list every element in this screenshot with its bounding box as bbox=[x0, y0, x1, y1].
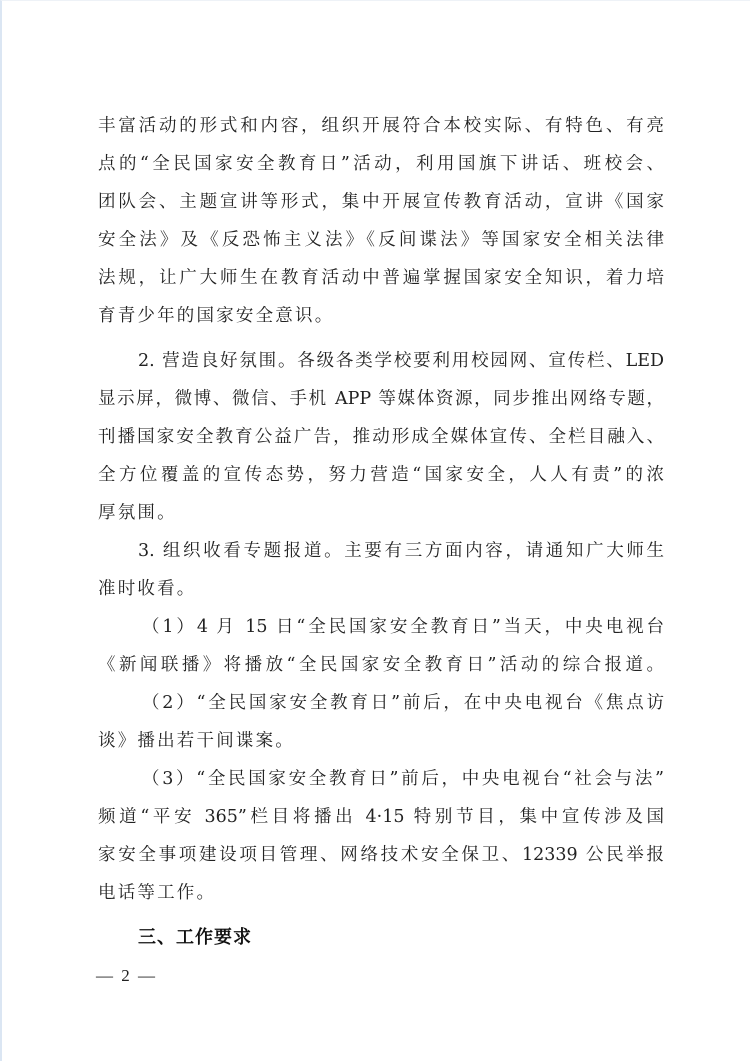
text-line: 全方位覆盖的宣传态势，努力营造“国家安全，人人有责”的浓 bbox=[98, 456, 664, 494]
document-page: 丰富活动的形式和内容，组织开展符合本校实际、有特色、有亮 点的“全民国家安全教育… bbox=[0, 0, 750, 1061]
page-number: — 2 — bbox=[96, 964, 157, 988]
paragraph-watch-reports: 3. 组织收看专题报道。主要有三方面内容，请通知广大师生 准时收看。 bbox=[98, 532, 664, 608]
text-line: （3）“全民国家安全教育日”前后，中央电视台“社会与法” bbox=[98, 760, 664, 798]
text-line: 厚氛围。 bbox=[98, 494, 664, 532]
paragraph-activity-forms: 丰富活动的形式和内容，组织开展符合本校实际、有特色、有亮 点的“全民国家安全教育… bbox=[98, 107, 664, 335]
text-line: 丰富活动的形式和内容，组织开展符合本校实际、有特色、有亮 bbox=[98, 107, 664, 145]
text-line: 团队会、主题宣讲等形式，集中开展宣传教育活动，宣讲《国家 bbox=[98, 183, 664, 221]
text-line: 准时收看。 bbox=[98, 570, 664, 608]
text-line: 育青少年的国家安全意识。 bbox=[98, 297, 664, 335]
text-line: 显示屏，微博、微信、手机 APP 等媒体资源，同步推出网络专题， bbox=[98, 380, 664, 418]
text-line: 法规，让广大师生在教育活动中普遍掌握国家安全知识，着力培 bbox=[98, 259, 664, 297]
paragraph-atmosphere: 2. 营造良好氛围。各级各类学校要利用校园网、宣传栏、LED 显示屏，微博、微信… bbox=[98, 342, 664, 532]
document-body: 丰富活动的形式和内容，组织开展符合本校实际、有特色、有亮 点的“全民国家安全教育… bbox=[98, 107, 664, 912]
text-line: （2）“全民国家安全教育日”前后，在中央电视台《焦点访 bbox=[98, 684, 664, 722]
text-line: 安全法》及《反恐怖主义法》《反间谍法》等国家安全相关法律 bbox=[98, 221, 664, 259]
text-line: 3. 组织收看专题报道。主要有三方面内容，请通知广大师生 bbox=[98, 532, 664, 570]
text-line: 点的“全民国家安全教育日”活动，利用国旗下讲话、班校会、 bbox=[98, 145, 664, 183]
text-line: （1）4 月 15 日“全民国家安全教育日”当天，中央电视台 bbox=[98, 608, 664, 646]
list-item-1: （1）4 月 15 日“全民国家安全教育日”当天，中央电视台 《新闻联播》将播放… bbox=[98, 608, 664, 684]
text-line: 《新闻联播》将播放“全民国家安全教育日”活动的综合报道。 bbox=[98, 646, 664, 684]
text-line: 2. 营造良好氛围。各级各类学校要利用校园网、宣传栏、LED bbox=[98, 342, 664, 380]
section-heading: 三、工作要求 bbox=[138, 919, 252, 957]
text-line: 频道“平安 365”栏目将播出 4·15 特别节目，集中宣传涉及国 bbox=[98, 798, 664, 836]
text-line: 电话等工作。 bbox=[98, 874, 664, 912]
text-line: 刊播国家安全教育公益广告，推动形成全媒体宣传、全栏目融入、 bbox=[98, 418, 664, 456]
text-line: 家安全事项建设项目管理、网络技术安全保卫、12339 公民举报 bbox=[98, 836, 664, 874]
list-item-3: （3）“全民国家安全教育日”前后，中央电视台“社会与法” 频道“平安 365”栏… bbox=[98, 760, 664, 912]
text-line: 谈》播出若干间谍案。 bbox=[98, 722, 664, 760]
list-item-2: （2）“全民国家安全教育日”前后，在中央电视台《焦点访 谈》播出若干间谍案。 bbox=[98, 684, 664, 760]
